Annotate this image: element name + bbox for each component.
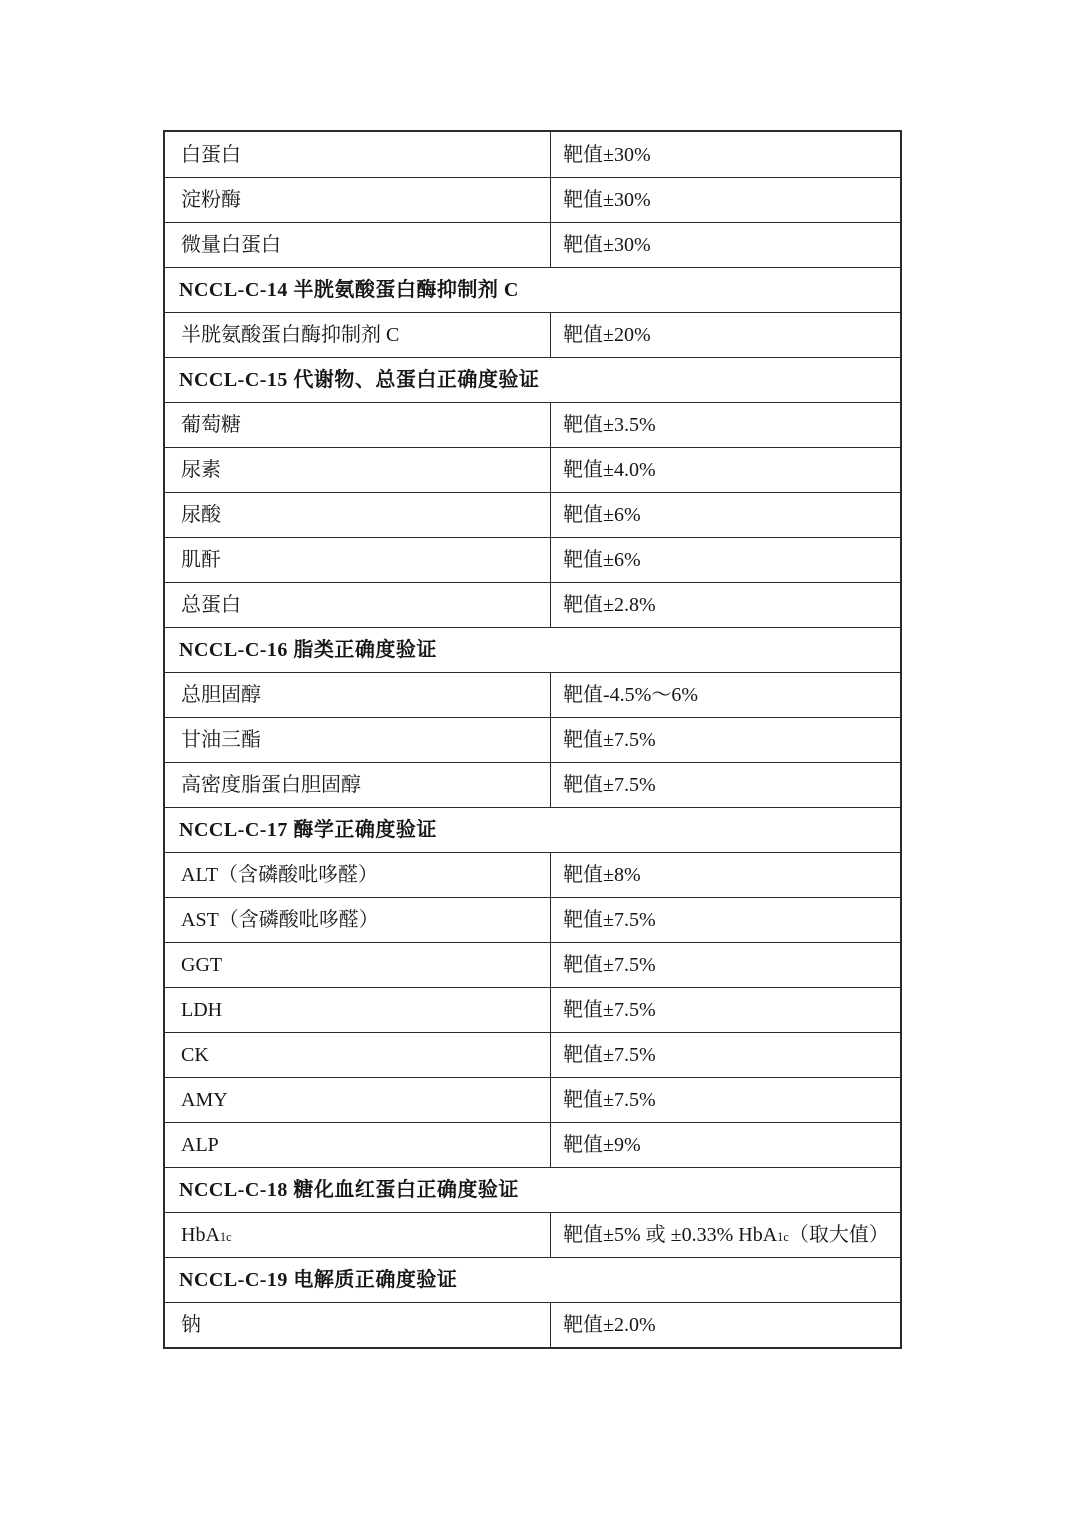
table-row: GGT靶值±7.5% (165, 942, 900, 987)
target-value-cell: 靶值±7.5% (550, 1033, 900, 1077)
table-row: 甘油三酯靶值±7.5% (165, 717, 900, 762)
analyte-name-cell: 淀粉酶 (165, 178, 550, 222)
section-title: NCCL-C-16 脂类正确度验证 (165, 628, 900, 672)
section-title: NCCL-C-17 酶学正确度验证 (165, 808, 900, 852)
target-value-cell: 靶值±7.5% (550, 763, 900, 807)
section-title: NCCL-C-14 半胱氨酸蛋白酶抑制剂 C (165, 268, 900, 312)
analyte-name-cell: HbA1c (165, 1213, 550, 1257)
target-value-cell: 靶值±6% (550, 538, 900, 582)
analyte-name-cell: 白蛋白 (165, 132, 550, 177)
section-title: NCCL-C-18 糖化血红蛋白正确度验证 (165, 1168, 900, 1212)
target-value-cell: 靶值±20% (550, 313, 900, 357)
table-row: 总胆固醇靶值-4.5%～6% (165, 672, 900, 717)
analyte-name-cell: 总蛋白 (165, 583, 550, 627)
target-value-cell: 靶值±7.5% (550, 1078, 900, 1122)
table-row: 钠靶值±2.0% (165, 1302, 900, 1347)
table-row: 肌酐靶值±6% (165, 537, 900, 582)
analyte-name-cell: 半胱氨酸蛋白酶抑制剂 C (165, 313, 550, 357)
section-header-row: NCCL-C-15 代谢物、总蛋白正确度验证 (165, 357, 900, 402)
section-header-row: NCCL-C-16 脂类正确度验证 (165, 627, 900, 672)
target-value-cell: 靶值±30% (550, 223, 900, 267)
table-row: 总蛋白靶值±2.8% (165, 582, 900, 627)
analyte-name-cell: AST（含磷酸吡哆醛） (165, 898, 550, 942)
analyte-name-cell: 尿酸 (165, 493, 550, 537)
target-value-cell: 靶值±7.5% (550, 988, 900, 1032)
analyte-name-cell: 微量白蛋白 (165, 223, 550, 267)
target-value-cell: 靶值±7.5% (550, 943, 900, 987)
section-header-row: NCCL-C-17 酶学正确度验证 (165, 807, 900, 852)
target-value-cell: 靶值±6% (550, 493, 900, 537)
table-row: 尿素靶值±4.0% (165, 447, 900, 492)
target-value-cell: 靶值±9% (550, 1123, 900, 1167)
target-value-cell: 靶值±3.5% (550, 403, 900, 447)
analyte-name-cell: 总胆固醇 (165, 673, 550, 717)
section-title: NCCL-C-15 代谢物、总蛋白正确度验证 (165, 358, 900, 402)
analyte-name-cell: 高密度脂蛋白胆固醇 (165, 763, 550, 807)
analyte-name-cell: 甘油三酯 (165, 718, 550, 762)
section-header-row: NCCL-C-19 电解质正确度验证 (165, 1257, 900, 1302)
target-value-cell: 靶值±5% 或 ±0.33% HbA1c（取大值） (550, 1213, 900, 1257)
table-row: 尿酸靶值±6% (165, 492, 900, 537)
analyte-name-cell: LDH (165, 988, 550, 1032)
table-row: 白蛋白靶值±30% (165, 132, 900, 177)
target-value-cell: 靶值±8% (550, 853, 900, 897)
table-row: AST（含磷酸吡哆醛）靶值±7.5% (165, 897, 900, 942)
analyte-name-cell: ALT（含磷酸吡哆醛） (165, 853, 550, 897)
target-value-cell: 靶值±7.5% (550, 898, 900, 942)
accuracy-verification-table: 白蛋白靶值±30%淀粉酶靶值±30%微量白蛋白靶值±30%NCCL-C-14 半… (163, 130, 902, 1349)
table-row: ALP靶值±9% (165, 1122, 900, 1167)
analyte-name-cell: GGT (165, 943, 550, 987)
analyte-name-cell: CK (165, 1033, 550, 1077)
target-value-cell: 靶值±4.0% (550, 448, 900, 492)
analyte-name-cell: 葡萄糖 (165, 403, 550, 447)
section-title: NCCL-C-19 电解质正确度验证 (165, 1258, 900, 1302)
target-value-cell: 靶值±2.0% (550, 1303, 900, 1347)
table-row: 微量白蛋白靶值±30% (165, 222, 900, 267)
table-row: CK靶值±7.5% (165, 1032, 900, 1077)
target-value-cell: 靶值±2.8% (550, 583, 900, 627)
table-row: AMY靶值±7.5% (165, 1077, 900, 1122)
target-value-cell: 靶值±30% (550, 132, 900, 177)
table-row: LDH靶值±7.5% (165, 987, 900, 1032)
analyte-name-cell: 肌酐 (165, 538, 550, 582)
table-row: 淀粉酶靶值±30% (165, 177, 900, 222)
table-row: 葡萄糖靶值±3.5% (165, 402, 900, 447)
analyte-name-cell: ALP (165, 1123, 550, 1167)
target-value-cell: 靶值-4.5%～6% (550, 673, 900, 717)
table-row: 高密度脂蛋白胆固醇靶值±7.5% (165, 762, 900, 807)
analyte-name-cell: 尿素 (165, 448, 550, 492)
table-row: ALT（含磷酸吡哆醛）靶值±8% (165, 852, 900, 897)
section-header-row: NCCL-C-18 糖化血红蛋白正确度验证 (165, 1167, 900, 1212)
target-value-cell: 靶值±30% (550, 178, 900, 222)
section-header-row: NCCL-C-14 半胱氨酸蛋白酶抑制剂 C (165, 267, 900, 312)
analyte-name-cell: AMY (165, 1078, 550, 1122)
analyte-name-cell: 钠 (165, 1303, 550, 1347)
table-row: 半胱氨酸蛋白酶抑制剂 C靶值±20% (165, 312, 900, 357)
target-value-cell: 靶值±7.5% (550, 718, 900, 762)
table-row: HbA1c靶值±5% 或 ±0.33% HbA1c（取大值） (165, 1212, 900, 1257)
